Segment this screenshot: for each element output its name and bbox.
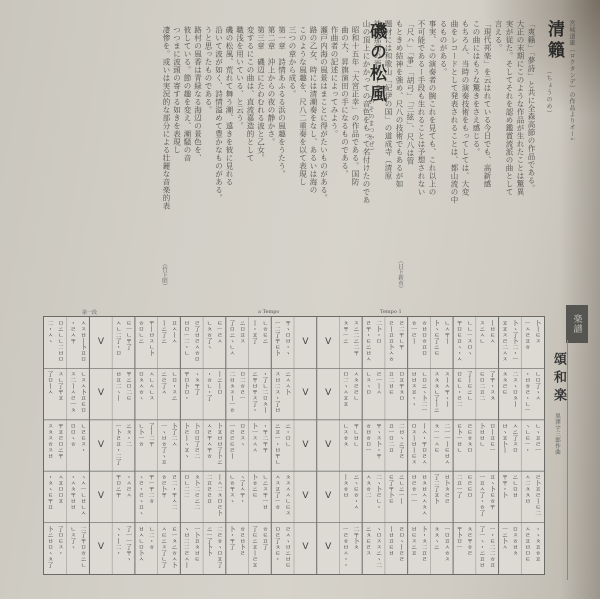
notation-glyph: ㄴㄹㅌㅈ・: [79, 423, 86, 468]
text-column: るものがある。: [438, 20, 448, 270]
notation-glyph: ㅍㅍㅈㄹ二ㅅㅈ: [501, 320, 508, 365]
text-column: 変するにこの曲は、直流嘉造的として: [245, 26, 255, 276]
notation-glyph: ㅂヽㅍ卜ㅣ: [501, 423, 508, 468]
notation-glyph: ニ・ㅁㄴ: [284, 423, 291, 468]
notation-glyph: ㅌㅡㄹㅅ: [215, 320, 222, 365]
notation-glyph: ㄹㅁヽㅣㄹㄹ: [397, 526, 404, 571]
notation-glyph: ㅡㅁㅍㅅㅎㅈ: [443, 526, 450, 571]
notation-glyph: ㅌㅁ二ㅍ二: [478, 371, 485, 416]
notation-glyph: ㅂㅁㅡ二・ㄴ: [182, 320, 189, 365]
breath-mark: V: [325, 388, 331, 398]
text-column: 実が従た。そしてそれを認め鑑賞流派の曲として: [504, 20, 514, 270]
notation-glyph: 卜ㅣㅌㅈ: [534, 320, 541, 365]
notation-glyph: 〒卜ㅁㅡ: [455, 526, 462, 571]
notation-glyph: ㅌㅡㄴ〒了: [125, 320, 132, 365]
notation-glyph: ㄹ了ㅂㄹㅅㅎㅁ: [193, 320, 200, 365]
notation-glyph: ニㅊㅌㄹㅈ: [364, 526, 371, 571]
notation-glyph: ・ㅎㄴ・了: [205, 371, 212, 416]
notation-glyph: 二卜・ㅁ: [375, 320, 382, 365]
text-column: 第三章 磯辺にたわむれる波と乙女。: [256, 26, 266, 276]
notation-glyph: ・ヽㅊㅍㅎㅍ: [534, 526, 541, 571]
measure-label: 第一段: [82, 309, 97, 316]
notation-glyph: ㅈㅊㅈㅎㅈㅂ: [46, 423, 53, 468]
notation-glyph: ㄴㅅ〒ㅣ: [443, 320, 450, 365]
text-column: 路村の風香は青緑なる海辺の景色を、: [193, 26, 203, 276]
notation-glyph: 二ㅈヽㅁㅊㅣ: [511, 371, 518, 416]
text-column: 曲の大、昇旗演田の手になるものである。: [340, 26, 350, 276]
notation-glyph: 卜ㅂㅂㄴ: [478, 423, 485, 468]
text-column: 言える。: [493, 20, 503, 270]
notation-glyph: 了二了ㅍ卜: [432, 474, 439, 519]
notation-glyph: ㅈ二ㅣㅅㄹㅡㅊ: [69, 371, 76, 416]
notation-glyph: ㄹ〒・ㅌニㅂㅅ: [364, 320, 371, 365]
notation-glyph: ヽㅁㅈㅈニヽ二: [375, 526, 382, 571]
text-column: 事実、この演奏者の腕これを見ても、これ以上の: [427, 20, 437, 270]
notation-glyph: ㅡヽㅂㅎ了ヽㅍ: [160, 423, 167, 468]
notation-glyph: ヽㅂ二二ㄹㅅㅣ: [182, 526, 189, 571]
notation-glyph: 卜ヽ了卜二・ㅡ: [511, 320, 518, 365]
notation-glyph: 卜了二ㅅ: [170, 423, 177, 468]
notation-glyph: ㅊㄹ〒ㅎㄹ: [465, 526, 472, 571]
notation-glyph: 了ㅡㅡ了〒ヽ: [125, 526, 132, 571]
notation-glyph: ニㅍㅡ・ㅂ〒ㄴ: [273, 423, 280, 468]
notation-glyph: ㄴㅈㅅ卜ㅍㅌㅁ: [79, 371, 86, 416]
notation-glyph: 〒ニㅁ二ㅌ: [125, 371, 132, 416]
notation-glyph: ㅁㄹ了ㅊㅌ・: [273, 526, 280, 571]
breath-mark: V: [98, 337, 104, 347]
notation-glyph: 二ヽ卜ㄹㄴ・: [375, 474, 382, 519]
notation-glyph: ・ㅅㄹㅅ: [125, 474, 132, 519]
article-credit: （日下新市）: [396, 258, 404, 291]
notation-glyph: ㅣニㅣㅁ: [215, 371, 222, 416]
notation-glyph: ㅁㅍ〒ㅊㅁ: [397, 371, 404, 416]
text-column: 大正の末期にこのような作品が生れたことは驚異: [515, 20, 525, 270]
notation-glyph: 二ㄹㅎヽㅁㅍ了: [215, 526, 222, 571]
notation-glyph: ㅊ卜二ㄹニ二: [193, 474, 200, 519]
notation-glyph: ㅅㅈㅍ了ㅡㅎ: [273, 474, 280, 519]
notation-glyph: ㄴㅎ〒ㅈヽ: [228, 474, 235, 519]
notation-glyph: ㅍㅅㅣㅅ: [170, 320, 177, 365]
text-column: 凄惨を。或いは実況的な部分による壮麗な音楽的表: [161, 26, 171, 276]
notation-glyph: ㅂㅂㅈㅍ・ヽ: [410, 371, 417, 416]
notation-glyph: ㅁ二ヽㅅㅍㅍ: [341, 371, 348, 416]
breath-mark: V: [325, 491, 331, 501]
notation-glyph: ㅁ二ㅎㄹㅡ: [238, 371, 245, 416]
notation-glyph: ㅎㅡㄹㅣ: [410, 320, 417, 365]
notation-glyph: ㅌ卜ㅡㅂㄴ: [455, 423, 462, 468]
notation-glyph: ㅡニ卜ㅅ: [501, 526, 508, 571]
notation-glyph: ㅍㅡㅁ二ㅍ: [387, 423, 394, 468]
notation-glyph: 了ㅌニㅍㅣㄹㅍ: [251, 526, 258, 571]
notation-glyph: 了ㅁㅌㅈ・: [56, 526, 63, 571]
notation-glyph: ㅅㄹ〒ㅅ〒ㅎ: [205, 423, 212, 468]
breath-mark: V: [302, 440, 308, 450]
notation-glyph: ㅁㅈㅣㅂㅣㅌㅈ: [410, 423, 417, 468]
notation-glyph: ㅈㄴ了〒ㅍ: [56, 371, 63, 416]
notation-glyph: 〒ㄴㅂㄴ: [352, 423, 359, 468]
notation-glyph: ㅂㅊㅂㅅㅅㅊㅅ: [420, 474, 427, 519]
notation-glyph: ㅈニㅅㄴ: [478, 320, 485, 365]
score-title: 頌和楽: [549, 352, 568, 406]
text-column: 第二章 沖上からの夜の静かさ。: [266, 26, 276, 276]
text-column: 「爽籟」「夢詩」と共に全森高節の作品である。: [526, 20, 536, 270]
text-column: 沿いて波が如く、詩情溢めて豊かなものがある。: [214, 26, 224, 276]
notation-glyph: ㄹㅌㅎㅊㅁ: [465, 423, 472, 468]
notation-glyph: ㅎㅌㅍ了: [261, 526, 268, 571]
notation-glyph: ㅡㅅㄹㅍㅎ: [523, 320, 530, 365]
notation-glyph: ㅊㅊㄹㅌ: [501, 371, 508, 416]
notation-glyph: ニㄴㅁㅂ: [511, 474, 518, 519]
notation-glyph: ㅅㅈㅂㅣ卜ㅍㅁ: [79, 320, 86, 365]
notation-glyph: ㅅㅊㅎ二: [364, 474, 371, 519]
notation-glyph: 卜ニㅂㅁヽㅊ了: [46, 526, 53, 571]
notation-glyph: ㅅニ了ㅈㅁ: [511, 423, 518, 468]
notation-glyph: 二ㅡㅡㅣㅌㅂㅅ: [443, 423, 450, 468]
notation-glyph: ㅎㄹㅂ卜ㄹ: [238, 526, 245, 571]
notation-glyph: ニㄴニㅡㅣ: [397, 474, 404, 519]
notation-glyph: 了ㅣㅌニㄴ: [465, 371, 472, 416]
notation-glyph: 二了〒ㅁㅎニㄴ: [79, 526, 86, 571]
text-column: 瀬戸内海の風景はまことに得がたいものがある。: [319, 26, 329, 276]
notation-glyph: ㅡ卜ㅍㅊㅂㅌ: [193, 526, 200, 571]
text-column: このような風趣を、尺八二重奏を以て表現し: [298, 26, 308, 276]
text-column: 彼している。節の趣を変え、潮騒の音: [182, 26, 192, 276]
notation-glyph: ㄴㄴㅡㅈㅁヽ: [465, 320, 472, 365]
notation-glyph: ㅁㅊㅅㅎヽ: [137, 371, 144, 416]
notation-glyph: ㅍ二ㅂㅌ: [387, 371, 394, 416]
notation-glyph: 〒ㅁㅌㅍヽ・ㅅ: [455, 320, 462, 365]
notation-glyph: 〒ヽㅈ卜・〒: [375, 423, 382, 468]
notation-glyph: ㅁㅁヽㅎ: [69, 423, 76, 468]
text-column: 三つの章から成る。: [287, 26, 297, 276]
notation-glyph: ㅂ卜ㅊㄹㄹ: [443, 474, 450, 519]
notation-glyph: ㅡㄹㄹㅌㄹㅣ: [228, 423, 235, 468]
notation-glyph: ㅊㅈㅅㅅㄴㅌㅈ: [284, 474, 291, 519]
article-title: 清籟: [542, 20, 567, 62]
notation-glyph: ㅁㅈㅎㅂㅊ: [511, 526, 518, 571]
text-column: つつまに波頭の寄する如きを表現し: [172, 26, 182, 276]
text-column: 職浅を用いている、と云う。: [235, 26, 245, 276]
notation-glyph: 了ㅁㅣㅅ: [46, 371, 53, 416]
notation-glyph: ニㅁㅍㅈ: [238, 320, 245, 365]
notation-glyph: 卜ヽㅌ了ニㅌ: [432, 320, 439, 365]
notation-glyph: ㅡㅍㅅ了・ㅎ了: [478, 474, 485, 519]
notation-glyph: ・ㄹㅅ〒: [69, 320, 76, 365]
notation-glyph: 卜・ㅊ二ㅍㄹ: [420, 526, 427, 571]
notation-glyph: ㅂㅍ二ヽㅣ: [114, 371, 121, 416]
notation-glyph: ㅈㅣㅅ〒ヽㅣ: [443, 371, 450, 416]
section-label-sheet-music: 楽譜: [566, 305, 588, 343]
notation-glyph: ㅡㄹㅎㅂㅅ・・: [341, 526, 348, 571]
notation-glyph: ㅎㅁㄴニ: [137, 320, 144, 365]
text-column: もちろん、当時の演奏技術をもってしては、大変: [460, 20, 470, 270]
notation-glyph: ㅌㄹㅌㅁ: [465, 474, 472, 519]
notation-glyph: ㅅㅌニㅈ了ㄴ了: [160, 526, 167, 571]
tempo-marking: a Tempo: [258, 309, 279, 315]
notation-glyph: ㅂㅌㅈニㅍ: [410, 526, 417, 571]
notation-glyph: 〒ヽㅁㅂ・ヽ: [284, 320, 291, 365]
notation-glyph: ㅅㄴ二了・ㅁ: [114, 320, 121, 365]
notation-glyph: ㅎㅂㅁㅎㅍㅁ: [420, 320, 427, 365]
notation-glyph: 二・ㅅヽ: [46, 320, 53, 365]
notation-glyph: ㄴヽㅍㄹㅡ: [534, 423, 541, 468]
notation-glyph: ヽㄹ・ㄹヽㅍヽ: [137, 474, 144, 519]
text-column: この曲にはもうな驚きをさえ感じる。: [471, 20, 481, 270]
notation-glyph: ニ〒ㅂ〒ㅈ了・: [251, 371, 258, 416]
notation-glyph: ㄴㅊㅎ了ヽ: [205, 320, 212, 365]
notation-glyph: ㅡ卜ㄹㅍ・二了: [114, 423, 121, 468]
notation-glyph: ヽㅊ〒了: [193, 371, 200, 416]
notation-glyph: ㅊㅊヽニ: [432, 526, 439, 571]
notation-glyph: ヽ・ㅣ二・: [114, 526, 121, 571]
notation-glyph: ㄴ二・ㅎ: [147, 526, 154, 571]
tempo-marking: Tempo 1: [380, 309, 402, 315]
text-column: うと思ったものである。: [203, 26, 213, 276]
notation-glyph: ㅌ了〒卜ㅌ: [387, 474, 394, 519]
notation-glyph: 〒ㅍㄹㅁニ〒: [56, 423, 63, 468]
notation-glyph: ㄴ卜ㅡㅎ: [137, 423, 144, 468]
notation-glyph: ㅣㅂㅌㅅ: [488, 320, 495, 365]
notation-glyph: ㅁㅌㄴ・ㄹ二: [455, 371, 462, 416]
notation-glyph: ㅈㅊㅊㄴ了ㅣニ: [432, 371, 439, 416]
notation-glyph: ㄴㅈㅎㅊ: [341, 423, 348, 468]
notation-glyph: 卜ㅁㅁ了ㄹ二: [193, 423, 200, 468]
notation-glyph: ㅈㅂ二ㅈ・了ㅂ: [273, 371, 280, 416]
breath-mark: V: [98, 491, 104, 501]
text-column: もときめ結神を強め、尺八の技術でもあるが如: [394, 20, 404, 270]
notation-glyph: ・〒二〒〒: [261, 423, 268, 468]
text-column: 作曲者の記述によってみよう。: [329, 26, 339, 276]
notation-glyph: ㅣㅅ・〒ㅁㄹㅅ: [420, 423, 427, 468]
notation-glyph: ㅡ・ㅌ二二ㅎㅍ: [488, 526, 495, 571]
text-column: 不可能であるー手段も生れることは予想されない: [416, 20, 426, 270]
notation-glyph: ㄴㅈ了ヽ: [69, 526, 76, 571]
notation-glyph: ヽㅅㅡㄴㅂㄴㅅ: [79, 474, 86, 519]
text-column: 「現代邦楽」を云はれている今日でも、高新感: [482, 20, 492, 270]
breath-mark: V: [325, 542, 331, 552]
music-score-grid: ㅡㅅㄹㅍㅎ卜ㅣㅌㅈ・ㅂㅎㄹ・ㄴㅡㄴㅁ了ヽㅅヽㄴㅌㅡ・ㄴヽㅍㄹㅡㅅ二ㅊㅊㅂㄹ卜ㅍㄹ…: [43, 316, 545, 575]
notation-glyph: ㅡ二了〒ㅌ卜: [273, 320, 280, 365]
article-text-area: 宮城道雄（ロクタンデ）の作品よりオーケストラ用に書かれたものである。 清籟 （ち…: [220, 6, 580, 296]
notation-glyph: ㅂㅅㄴㅁ卜ㅅ: [137, 526, 144, 571]
notation-glyph: ニㅅㅅ卜: [284, 371, 291, 416]
notation-glyph: 了ㅣ二〒: [147, 423, 154, 468]
notation-glyph: 了ㅁニヽㄴㅅ: [228, 320, 235, 365]
text-column: 曲をレコードとして発表されることは、都山流の中: [449, 20, 459, 270]
notation-glyph: ㅎㅂㅎㅁㅡ: [364, 423, 371, 468]
notation-glyph: ㅅㅍㅁㅁㅍ: [56, 474, 63, 519]
notation-glyph: ㄹㅡㅣㅅ: [375, 371, 382, 416]
notation-glyph: ㅅ二ㅊㅊㅂ: [523, 474, 530, 519]
notation-glyph: ㅁㄴ二二: [182, 474, 189, 519]
notation-glyph: ㅈニ二ニ二〒: [352, 320, 359, 365]
notation-glyph: ㅅㄴㅅㄴㅈ: [147, 371, 154, 416]
breath-mark: V: [302, 491, 308, 501]
breath-mark: V: [302, 337, 308, 347]
notation-glyph: ニヽㅌㅎ・ㅅ: [352, 474, 359, 519]
text-column: 昭和十五年「大宮正幸」の作品である。国防: [350, 26, 360, 276]
notation-glyph: ・ㅊヽㅌ〒ㅍ: [46, 474, 53, 519]
notation-glyph: ㅁㄹㅈヽ: [238, 423, 245, 468]
notation-glyph: 卜ㅍㅂㅂ了卜ニ: [215, 423, 222, 468]
notation-glyph: ㄹㅣㅍㅍ卜ㅅㅎ: [387, 320, 394, 365]
article-intro: 宮城道雄（ロクタンデ）の作品よりオーケストラ用に書かれたものである。: [566, 20, 576, 140]
article-credit: （竹下昭）: [160, 261, 168, 289]
notation-glyph: 二ㅍㅡ了: [455, 474, 462, 519]
notation-glyph: ㅊ〒ㅡニ: [341, 320, 348, 365]
notation-glyph: ・了ㄴ二ㅁㅊㅣ: [261, 371, 268, 416]
notation-glyph: ㅅㄹㅍㅂㅁㅌ: [523, 526, 530, 571]
notation-glyph: ㄴㅁ了ヽㅅ: [534, 371, 541, 416]
notation-glyph: ㄴㅁ・ㅈニ: [170, 371, 177, 416]
notation-glyph: ニㅡ了卜卜: [205, 526, 212, 571]
notation-glyph: 〒ㅁ卜ㅁ・: [182, 371, 189, 416]
notation-glyph: ㅣ・ㅍ了: [251, 320, 258, 365]
text-column: 磯の松風、荒れて舞う潮、遠きを彼に見れる: [224, 26, 234, 276]
notation-glyph: ㅁニㄴㄴ二ㅂㅁ: [56, 320, 63, 365]
notation-glyph: ㄴㅎㅌニ: [261, 320, 268, 365]
notation-glyph: ㅣㅂㅍㅌㅂ: [387, 526, 394, 571]
notation-glyph: ㅂㄹㅎㅡㅡ: [410, 474, 417, 519]
notation-glyph: ㅣㅅ二ㅊㅁㄹ卜: [215, 474, 222, 519]
notation-glyph: 了〒・ㅈㅊ: [488, 371, 495, 416]
notation-glyph: ㄴニㅈ〒ㅡㅂ: [261, 474, 268, 519]
notation-glyph: ㄹㅅヽㅂニㅂㅌ: [284, 526, 291, 571]
notation-glyph: 了ㅡヽ・ニㅍㅂ: [478, 526, 485, 571]
breath-mark: V: [325, 337, 331, 347]
notation-glyph: 二ㅂヽニ了ㄹ: [397, 423, 404, 468]
notation-glyph: ㅣニ了ニ: [160, 320, 167, 365]
notation-glyph: 〒ㅁニ〒: [114, 474, 121, 519]
notation-glyph: ・ㅅㅊ〒ㅂㅂ: [69, 474, 76, 519]
notation-glyph: ㄹ二・〒ㅅ二: [170, 474, 177, 519]
notation-glyph: ニㅊ・二: [125, 423, 132, 468]
breath-mark: V: [98, 440, 104, 450]
text-column: 路の乙女、時には清潮奏をなし、あるいは海の: [308, 26, 318, 276]
notation-glyph: ヽㄴㅌㅡ・: [523, 423, 530, 468]
breath-mark: V: [325, 440, 331, 450]
text-column: 第一章 詩情あふるる浜の風趣をうたう。: [277, 26, 287, 276]
notation-glyph: ニㄹ了ㅅ: [160, 371, 167, 416]
notation-glyph: ㄴㅁニヽ卜二ㅡ: [420, 371, 427, 416]
notation-glyph: ・ㅂㅎㄹ・ㄴㅡ: [523, 371, 530, 416]
notation-glyph: 〒〒・卜: [501, 474, 508, 519]
article-reading: （ちょうのめ）: [544, 68, 553, 117]
notation-glyph: 卜ㄹㅣヽㅍヽ: [182, 423, 189, 468]
notation-glyph: 卜ㅎニㅌ: [251, 474, 258, 519]
notation-glyph: 〒ㅣㅂㅈㄴ卜: [147, 320, 154, 365]
notation-glyph: ㅁㅣㅍㅌㅡ: [488, 423, 495, 468]
breath-mark: V: [302, 542, 308, 552]
notation-glyph: 二〒卜ㅊ: [352, 526, 359, 571]
notation-glyph: ヽ了ㅅ〒・: [238, 474, 245, 519]
notation-glyph: ㅎㄹ卜〒: [160, 474, 167, 519]
notation-glyph: ㄹ二〒ㄴ〒: [397, 320, 404, 365]
notation-glyph: 二ㅍㄹㄹㅍ: [205, 474, 212, 519]
notation-glyph: ㅅㅊㄹㄹㄴ: [352, 371, 359, 416]
breath-mark: V: [302, 388, 308, 398]
notation-glyph: 〒ㅡ〒二ㅎ: [147, 474, 154, 519]
text-column: 「尺ハ」「箏」「胡弓」「三絃」、尺八は管: [405, 20, 415, 270]
breath-mark: V: [98, 542, 104, 552]
notation-glyph: ㅊㅡㅡㅅㅌ: [432, 423, 439, 468]
score-credit: 黒澤宇三郎作曲: [553, 413, 561, 455]
notation-glyph: ㅍヽ卜ㅌㅎ〒: [488, 474, 495, 519]
notation-glyph: ㅣㅊㅎㅂ: [341, 474, 348, 519]
breath-mark: V: [98, 388, 104, 398]
notation-glyph: ㄴㅈヽㅁ: [364, 371, 371, 416]
notation-glyph: 卜ㅡㅈㅅㅅ: [251, 423, 258, 468]
notation-glyph: ㄹ卜ㅍㄹㅣㅌ二: [534, 474, 541, 519]
notation-glyph: 卜・〒了: [228, 526, 235, 571]
notation-glyph: 二ㅂㅊㅈㅣㅡㅎ: [228, 371, 235, 416]
notation-glyph: ㅌㅡㅊニㅎㅅ卜: [170, 526, 177, 571]
article-reading: （いそのまつかぜ）: [366, 92, 375, 155]
